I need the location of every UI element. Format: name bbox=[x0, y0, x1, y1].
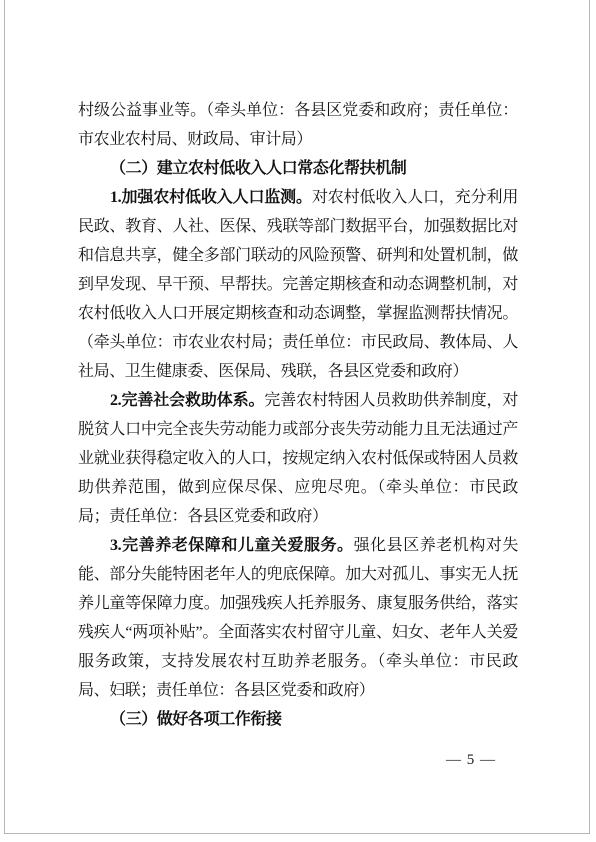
numbered-item-3: 3.完善养老保障和儿童关爱服务。强化县区养老机构对失能、部分失能特困老年人的兜底… bbox=[78, 531, 518, 705]
item-2-body: 完善农村特困人员救助供养制度，对脱贫人口中完全丧失劳动能力或部分丧失劳动能力且无… bbox=[78, 392, 518, 525]
item-1-lead: 1.加强农村低收入人口监测。 bbox=[110, 189, 312, 206]
paragraph-continuation: 村级公益事业等。（牵头单位：各县区党委和政府；责任单位：市农业农村局、财政局、审… bbox=[78, 96, 518, 154]
item-3-lead: 3.完善养老保障和儿童关爱服务。 bbox=[110, 537, 354, 554]
numbered-item-1: 1.加强农村低收入人口监测。对农村低收入人口，充分利用民政、教育、人社、医保、残… bbox=[78, 183, 518, 386]
section-heading-c: （三）做好各项工作衔接 bbox=[78, 705, 518, 734]
item-1-body: 对农村低收入人口，充分利用民政、教育、人社、医保、残联等部门数据平台，加强数据比… bbox=[78, 189, 518, 380]
page-number: — 5 — bbox=[446, 751, 496, 769]
item-2-lead: 2.完善社会救助体系。 bbox=[110, 392, 264, 409]
scanned-document-page: 村级公益事业等。（牵头单位：各县区党委和政府；责任单位：市农业农村局、财政局、审… bbox=[0, 0, 596, 842]
document-content: 村级公益事业等。（牵头单位：各县区党委和政府；责任单位：市农业农村局、财政局、审… bbox=[78, 96, 518, 734]
item-3-body: 强化县区养老机构对失能、部分失能特困老年人的兜底保障。加大对孤儿、事实无人抚养儿… bbox=[78, 537, 518, 699]
section-heading-b: （二）建立农村低收入人口常态化帮扶机制 bbox=[78, 154, 518, 183]
numbered-item-2: 2.完善社会救助体系。完善农村特困人员救助供养制度，对脱贫人口中完全丧失劳动能力… bbox=[78, 386, 518, 531]
